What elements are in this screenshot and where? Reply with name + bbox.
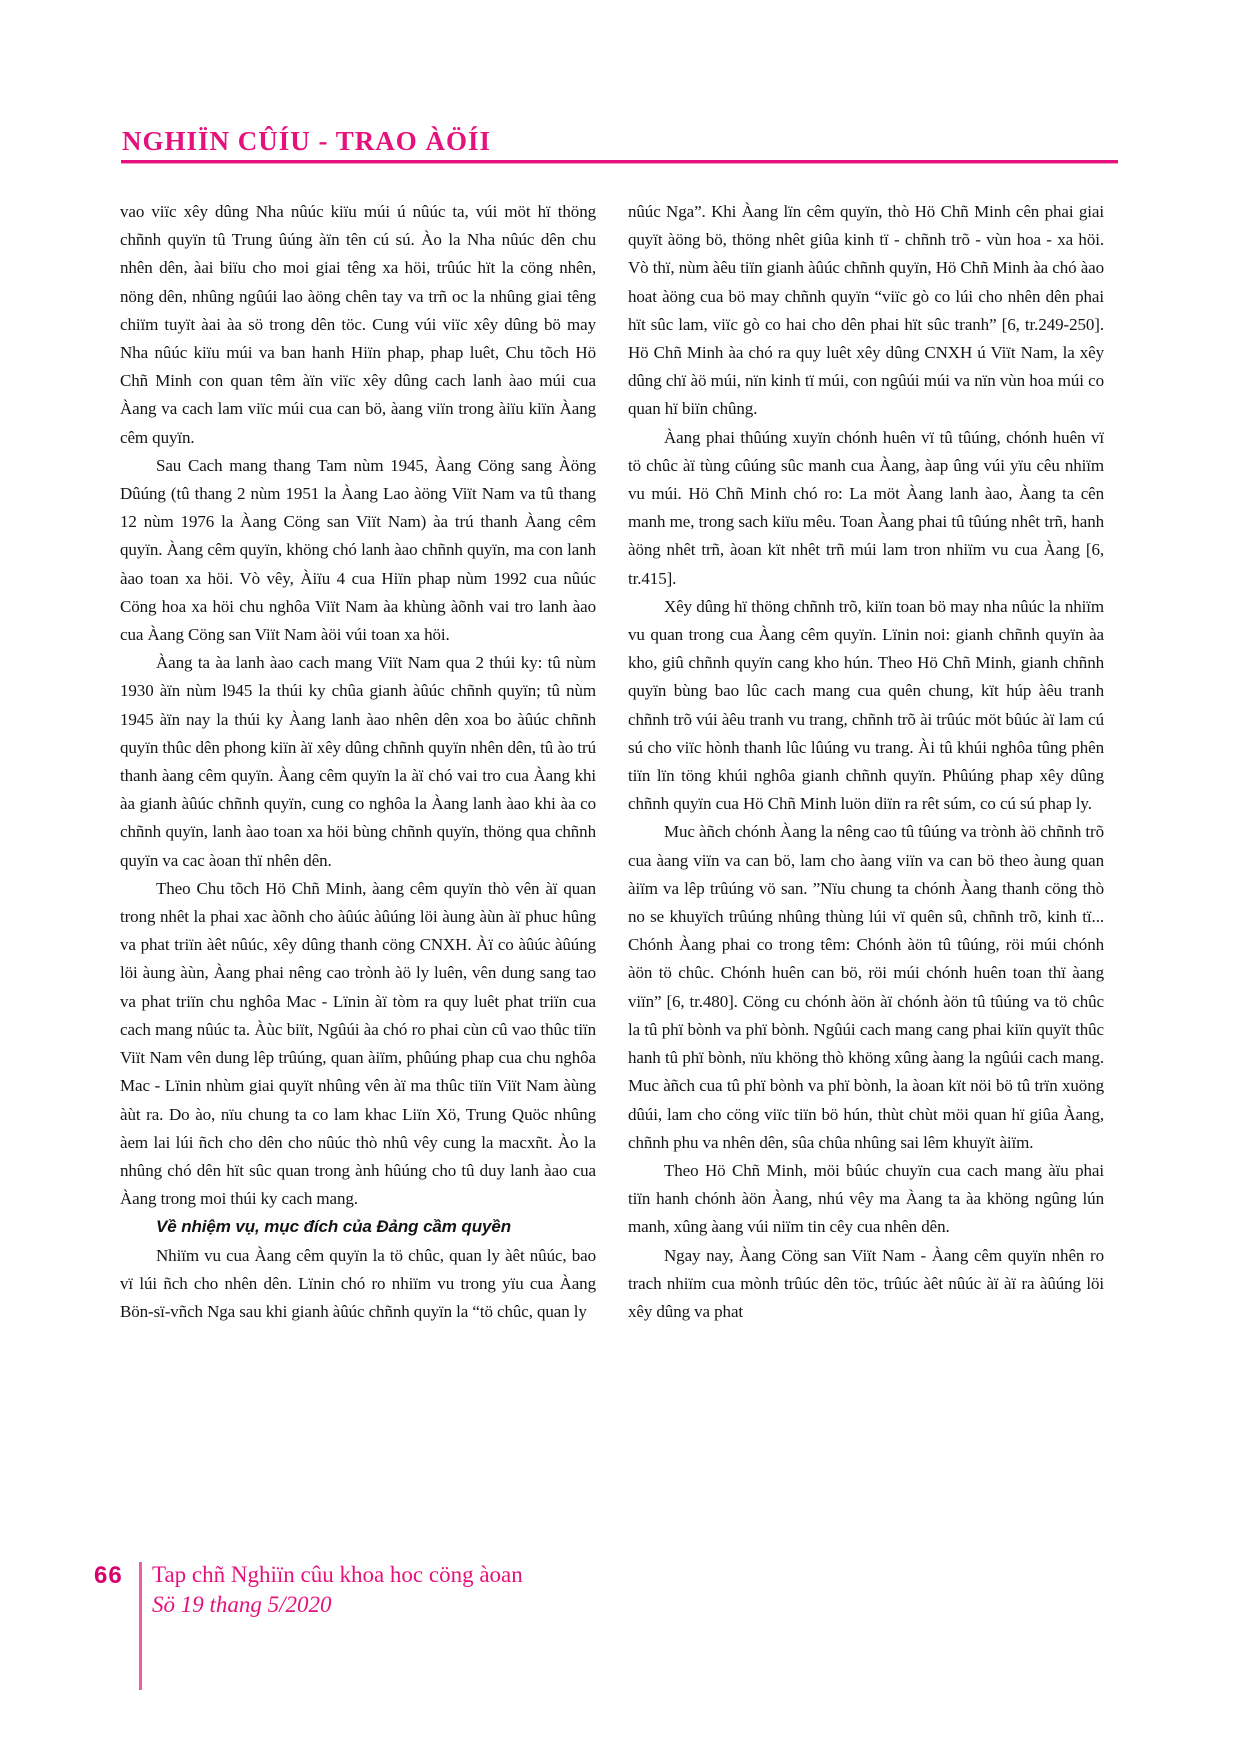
paragraph: Theo Chu tõch Hö Chñ Minh, àang cêm quyï… [120, 875, 596, 1213]
footer-divider [139, 1562, 142, 1690]
paragraph: vao viïc xêy dûng Nha nûúc kiïu múi ú nû… [120, 198, 596, 452]
journal-page: NGHIÏN CÛÍU - TRAO ÀÖÍI vao viïc xêy dûn… [0, 0, 1240, 1753]
paragraph: Xêy dûng hï thöng chñnh trõ, kiïn toan b… [628, 593, 1104, 819]
paragraph: Àang phai thûúng xuyïn chónh huên vï tû … [628, 424, 1104, 593]
header-rule [121, 160, 1118, 164]
article-left-column: vao viïc xêy dûng Nha nûúc kiïu múi ú nû… [120, 198, 596, 1566]
paragraph: Àang ta àa lanh àao cach mang Viït Nam q… [120, 649, 596, 875]
article-body: vao viïc xêy dûng Nha nûúc kiïu múi ú nû… [120, 198, 1104, 1566]
page-number: 66 [94, 1562, 123, 1590]
footer-text: Tap chñ Nghiïn cûu khoa hoc cöng àoan Sö… [152, 1560, 523, 1620]
paragraph: Ngay nay, Àang Cöng san Viït Nam - Àang … [628, 1242, 1104, 1327]
paragraph: Nhiïm vu cua Àang cêm quyïn la tö chûc, … [120, 1242, 596, 1327]
paragraph: Theo Hö Chñ Minh, möi bûúc chuyïn cua ca… [628, 1157, 1104, 1242]
section-header: NGHIÏN CÛÍU - TRAO ÀÖÍI [122, 126, 491, 157]
section-subheading: Về nhiệm vụ, mục đích của Đảng cầm quyền [120, 1213, 596, 1241]
journal-issue: Sö 19 thang 5/2020 [152, 1590, 523, 1620]
paragraph: nûúc Nga”. Khi Àang lïn cêm quyïn, thò H… [628, 198, 1104, 424]
paragraph: Sau Cach mang thang Tam nùm 1945, Àang C… [120, 452, 596, 649]
journal-title: Tap chñ Nghiïn cûu khoa hoc cöng àoan [152, 1560, 523, 1590]
paragraph: Muc àñch chónh Àang la nêng cao tû tûúng… [628, 818, 1104, 1156]
article-right-column: nûúc Nga”. Khi Àang lïn cêm quyïn, thò H… [628, 198, 1104, 1566]
